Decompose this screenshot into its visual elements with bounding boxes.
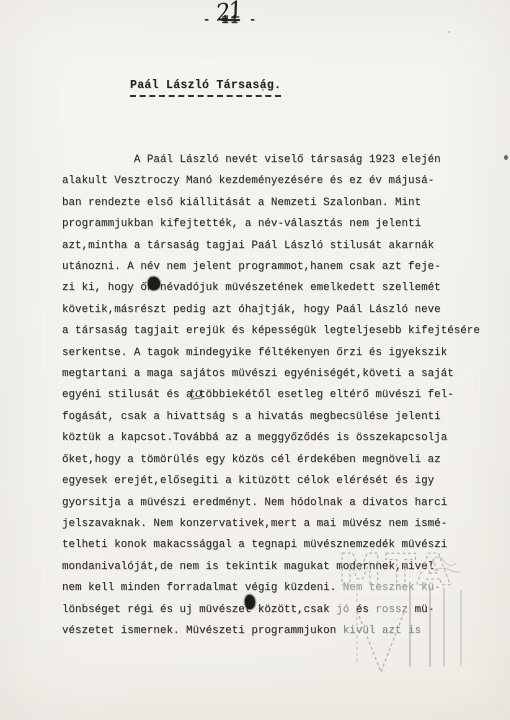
paragraph-line: megtartani a maga sajátos müvészi egyéni…	[62, 364, 502, 385]
ink-blot-correction	[245, 595, 255, 609]
handwritten-insertion: to	[189, 387, 202, 399]
scanned-document-page: - 11 - 21 Paál László Társaság. A Paál L…	[0, 0, 510, 720]
document-title: Paál László Társaság.	[130, 79, 281, 97]
paragraph-line: azt,mintha a társaság tagjai Paál László…	[62, 236, 502, 257]
paragraph-line: serkentse. A tagok mindegyike féltékenye…	[62, 343, 502, 364]
paragraph-line: köztük a kapcsot.Továbbá az a meggyőződé…	[62, 428, 502, 449]
paper-speck	[262, 89, 264, 91]
paragraph-line: őket,hogy a tömörülés egy közös cél érde…	[62, 450, 502, 471]
paper-speck	[448, 31, 450, 33]
paragraph-line: jelszavaknak. Nem konzervativek,mert a m…	[62, 514, 502, 535]
ink-blot-correction	[148, 277, 160, 290]
paper-speck	[504, 155, 508, 160]
archive-watermark: MTA	[330, 545, 510, 695]
paragraph-line: utánozni. A név nem jelent programmot,ha…	[62, 257, 502, 278]
paragraph-line: alakult Vesztroczy Manó kezdeményezésére…	[62, 171, 502, 192]
paragraph-line: követik,másrészt pedig azt óhajtják, hog…	[62, 300, 502, 321]
paragraph-line: gyorsitja a müvészi eredményt. Nem hódol…	[62, 493, 502, 514]
paragraph-line: a társaság tagjait erejük és képességük …	[62, 321, 502, 342]
page-number-dash-right: -	[249, 13, 258, 27]
page-number-dash-left: -	[203, 13, 212, 27]
watermark-v-stroke	[357, 611, 404, 672]
paragraph-line: A Paál László nevét viselő társaság 1923…	[62, 150, 502, 171]
paragraph-line: ban rendezte első kiállitását a Nemzeti …	[62, 193, 502, 214]
paragraph-line: egyesek erejét,elősegiti a kitüzött célo…	[62, 471, 502, 492]
watermark-letters: MTA	[338, 545, 454, 596]
paragraph-line: fogását, csak a hivattság s a hivatás me…	[62, 407, 502, 428]
paragraph-line: zi ki, hogy ők névadójuk müvészetének em…	[62, 278, 502, 299]
page-number-handwritten: 21	[214, 0, 243, 27]
paragraph-line: egyéni stilusát és a többiekétől esetleg…	[62, 385, 502, 406]
paragraph-line: programmjukban kifejtették, a név-válasz…	[62, 214, 502, 235]
